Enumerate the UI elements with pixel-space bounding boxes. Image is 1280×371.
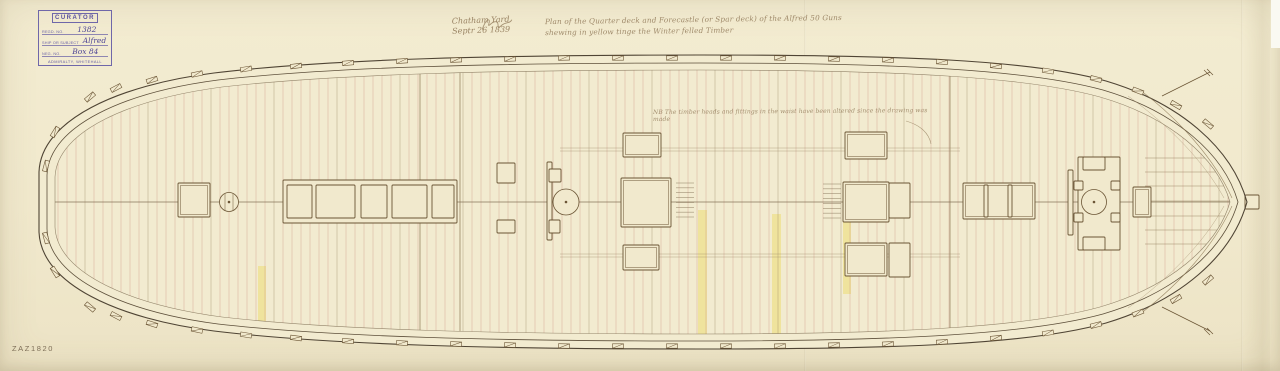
stamp-row-neg-no: Neg. No. Box 84: [42, 47, 108, 57]
stamp-field-value-handwritten: Box 84: [63, 48, 108, 56]
stamp-field-value-handwritten: Alfred: [81, 37, 108, 45]
stamp-field-value-handwritten: 1382: [66, 26, 108, 34]
stamp-field-label: Neg. No.: [42, 52, 61, 56]
stamp-row-regd-no: Regd. No. 1382: [42, 25, 108, 35]
signature-flourish: [480, 16, 515, 33]
ship-deck-plan-drawing: [0, 0, 1280, 371]
yard-and-date-inscription: Chatham Yard Septr 26 1839: [452, 13, 553, 36]
stamp-field-label: Regd. No.: [42, 30, 64, 34]
stamp-row-ship-subject: Ship or Subject Alfred: [42, 36, 108, 46]
drawing-sheet: CURATOR Regd. No. 1382 Ship or Subject A…: [0, 0, 1280, 371]
stamp-footer: ADMIRALTY, WHITEHALL: [42, 58, 108, 64]
curator-stamp: CURATOR Regd. No. 1382 Ship or Subject A…: [38, 10, 112, 66]
stamp-field-label: Ship or Subject: [42, 41, 79, 45]
stamp-header: CURATOR: [52, 13, 98, 23]
drawing-title: Plan of the Quarter deck and Forecastle …: [545, 13, 845, 38]
archive-reference-number: ZAZ1820: [12, 344, 54, 353]
deck-annotation-note: NB The timber heads and fittings in the …: [653, 107, 943, 123]
